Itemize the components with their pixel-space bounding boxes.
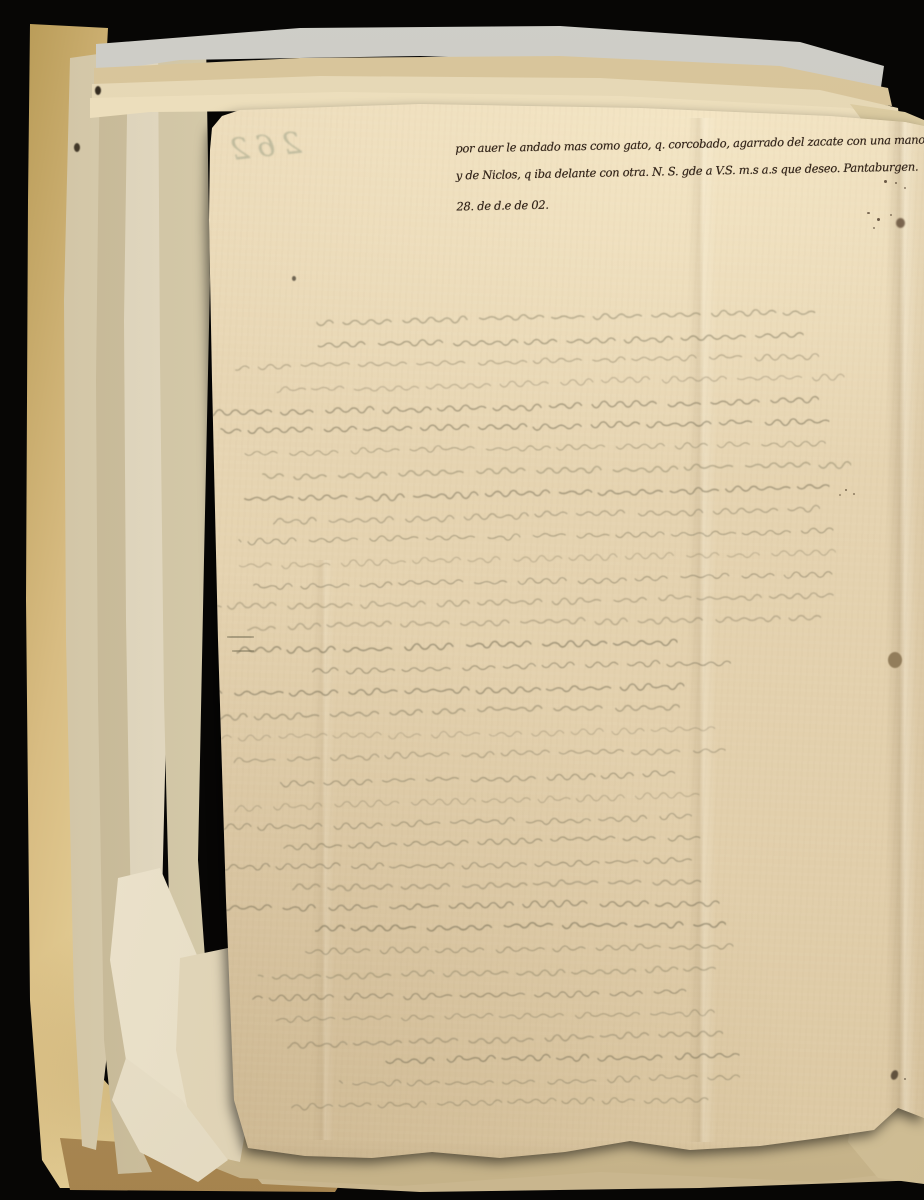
bleedthrough-line xyxy=(204,392,819,420)
bleedthrough-line xyxy=(220,413,829,441)
bleedthrough-line xyxy=(238,522,833,549)
bleedthrough-line xyxy=(220,895,719,921)
page-crease xyxy=(312,560,334,1140)
bleedthrough-line xyxy=(252,983,686,1007)
bleedthrough-line xyxy=(241,479,830,506)
bleedthrough-line xyxy=(318,327,804,352)
manuscript-photo: 262 por auer le andado mas como gato, q.… xyxy=(0,0,924,1200)
bleedthrough-line xyxy=(302,938,733,962)
bleedthrough-line xyxy=(239,544,836,571)
ink-annotation: por auer le andado mas como gato, q. cor… xyxy=(455,127,923,236)
page-crease xyxy=(886,118,916,1118)
bleedthrough-line xyxy=(283,830,700,854)
bleedthrough-line xyxy=(316,305,815,331)
bleedthrough-line xyxy=(190,808,692,834)
bleedthrough-line xyxy=(235,348,819,375)
bleedthrough-line xyxy=(210,852,692,877)
bleedthrough-line xyxy=(292,874,701,898)
bleedthrough-line xyxy=(276,1004,715,1028)
bleedthrough-line xyxy=(280,765,675,789)
bleedthrough-line xyxy=(276,369,844,396)
bleedthrough-line xyxy=(273,501,820,527)
bleedthrough-line xyxy=(236,634,677,658)
bleedthrough-line xyxy=(234,787,699,812)
bleedthrough-line xyxy=(205,700,680,725)
bleedthrough-line xyxy=(315,917,726,941)
bleedthrough-line xyxy=(247,610,821,637)
annotation-line: 28. de d.e de 02. xyxy=(456,185,922,221)
page-crease xyxy=(688,118,716,1142)
bleedthrough-line xyxy=(287,1026,723,1050)
bleedthrough-line xyxy=(238,435,826,462)
bleedthrough-line xyxy=(379,1047,739,1070)
bleedthrough-line xyxy=(291,1092,708,1116)
bleedthrough-line xyxy=(176,678,684,704)
bleedthrough-line xyxy=(262,457,851,484)
bleedthrough-line xyxy=(258,961,716,986)
bleedthrough-line xyxy=(312,655,731,679)
showthrough-handwriting-block xyxy=(206,300,870,1142)
bleedthrough-line xyxy=(221,721,715,746)
bleedthrough-line xyxy=(339,1069,740,1093)
bleedthrough-line xyxy=(253,566,832,593)
folio-number-showthrough: 262 xyxy=(220,126,304,180)
bleedthrough-line xyxy=(217,588,834,616)
bleedthrough-line xyxy=(234,742,726,767)
